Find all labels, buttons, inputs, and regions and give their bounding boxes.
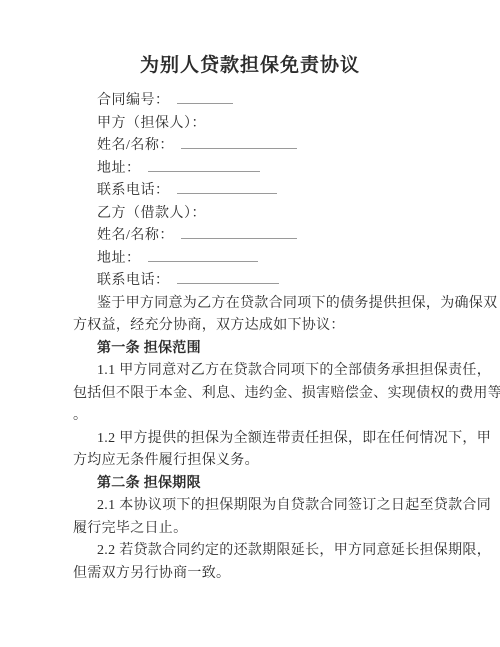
field-label: 姓名/名称：	[97, 138, 174, 153]
document-title: 为别人贷款担保免责协议	[0, 50, 500, 81]
field-row: 姓名/名称：	[73, 225, 495, 248]
field-label: 合同编号：	[97, 93, 170, 108]
document-page: 为别人贷款担保免责协议 合同编号：甲方（担保人）：姓名/名称：地址：联系电话：乙…	[0, 0, 500, 647]
clause-paragraph: 1.2 甲方提供的担保为全额连带责任担保，即在任何情况下，甲 方均应无条件履行担…	[73, 428, 495, 473]
contract-fields-section: 合同编号：甲方（担保人）：姓名/名称：地址：联系电话：乙方（借款人）：姓名/名称…	[73, 90, 495, 293]
field-label: 联系电话：	[97, 273, 170, 288]
clause-paragraph: 2.1 本协议项下的担保期限为自贷款合同签订之日起至贷款合同 履行完毕之日止。	[73, 495, 495, 540]
field-row: 联系电话：	[73, 180, 495, 203]
document-content: 合同编号：甲方（担保人）：姓名/名称：地址：联系电话：乙方（借款人）：姓名/名称…	[73, 90, 495, 585]
field-label: 地址：	[97, 251, 141, 266]
field-label: 乙方（借款人）：	[97, 206, 206, 221]
section-heading: 第二条 担保期限	[73, 473, 495, 496]
field-blank-underline	[181, 135, 297, 149]
field-row: 联系电话：	[73, 270, 495, 293]
field-row: 姓名/名称：	[73, 135, 495, 158]
field-blank-underline	[177, 180, 277, 194]
contract-clauses-section: 鉴于甲方同意为乙方在贷款合同项下的债务提供担保，为确保双 方权益，经充分协商，双…	[73, 293, 495, 586]
field-label: 甲方（担保人）：	[97, 116, 206, 131]
field-row: 乙方（借款人）：	[73, 203, 495, 226]
field-row: 甲方（担保人）：	[73, 113, 495, 136]
field-blank-underline	[181, 225, 297, 239]
clause-paragraph: 鉴于甲方同意为乙方在贷款合同项下的债务提供担保，为确保双 方权益，经充分协商，双…	[73, 293, 495, 338]
clause-paragraph: 2.2 若贷款合同约定的还款期限延长，甲方同意延长担保期限， 但需双方另行协商一…	[73, 540, 495, 585]
field-blank-underline	[177, 270, 279, 284]
section-heading: 第一条 担保范围	[73, 338, 495, 361]
field-blank-underline	[148, 158, 260, 172]
field-blank-underline	[177, 90, 233, 104]
field-row: 地址：	[73, 158, 495, 181]
field-label: 地址：	[97, 161, 141, 176]
field-row: 地址：	[73, 248, 495, 271]
clause-paragraph: 1.1 甲方同意对乙方在贷款合同项下的全部债务承担担保责任， 包括但不限于本金、…	[73, 360, 495, 428]
field-row: 合同编号：	[73, 90, 495, 113]
field-blank-underline	[148, 248, 258, 262]
field-label: 联系电话：	[97, 183, 170, 198]
field-label: 姓名/名称：	[97, 228, 174, 243]
